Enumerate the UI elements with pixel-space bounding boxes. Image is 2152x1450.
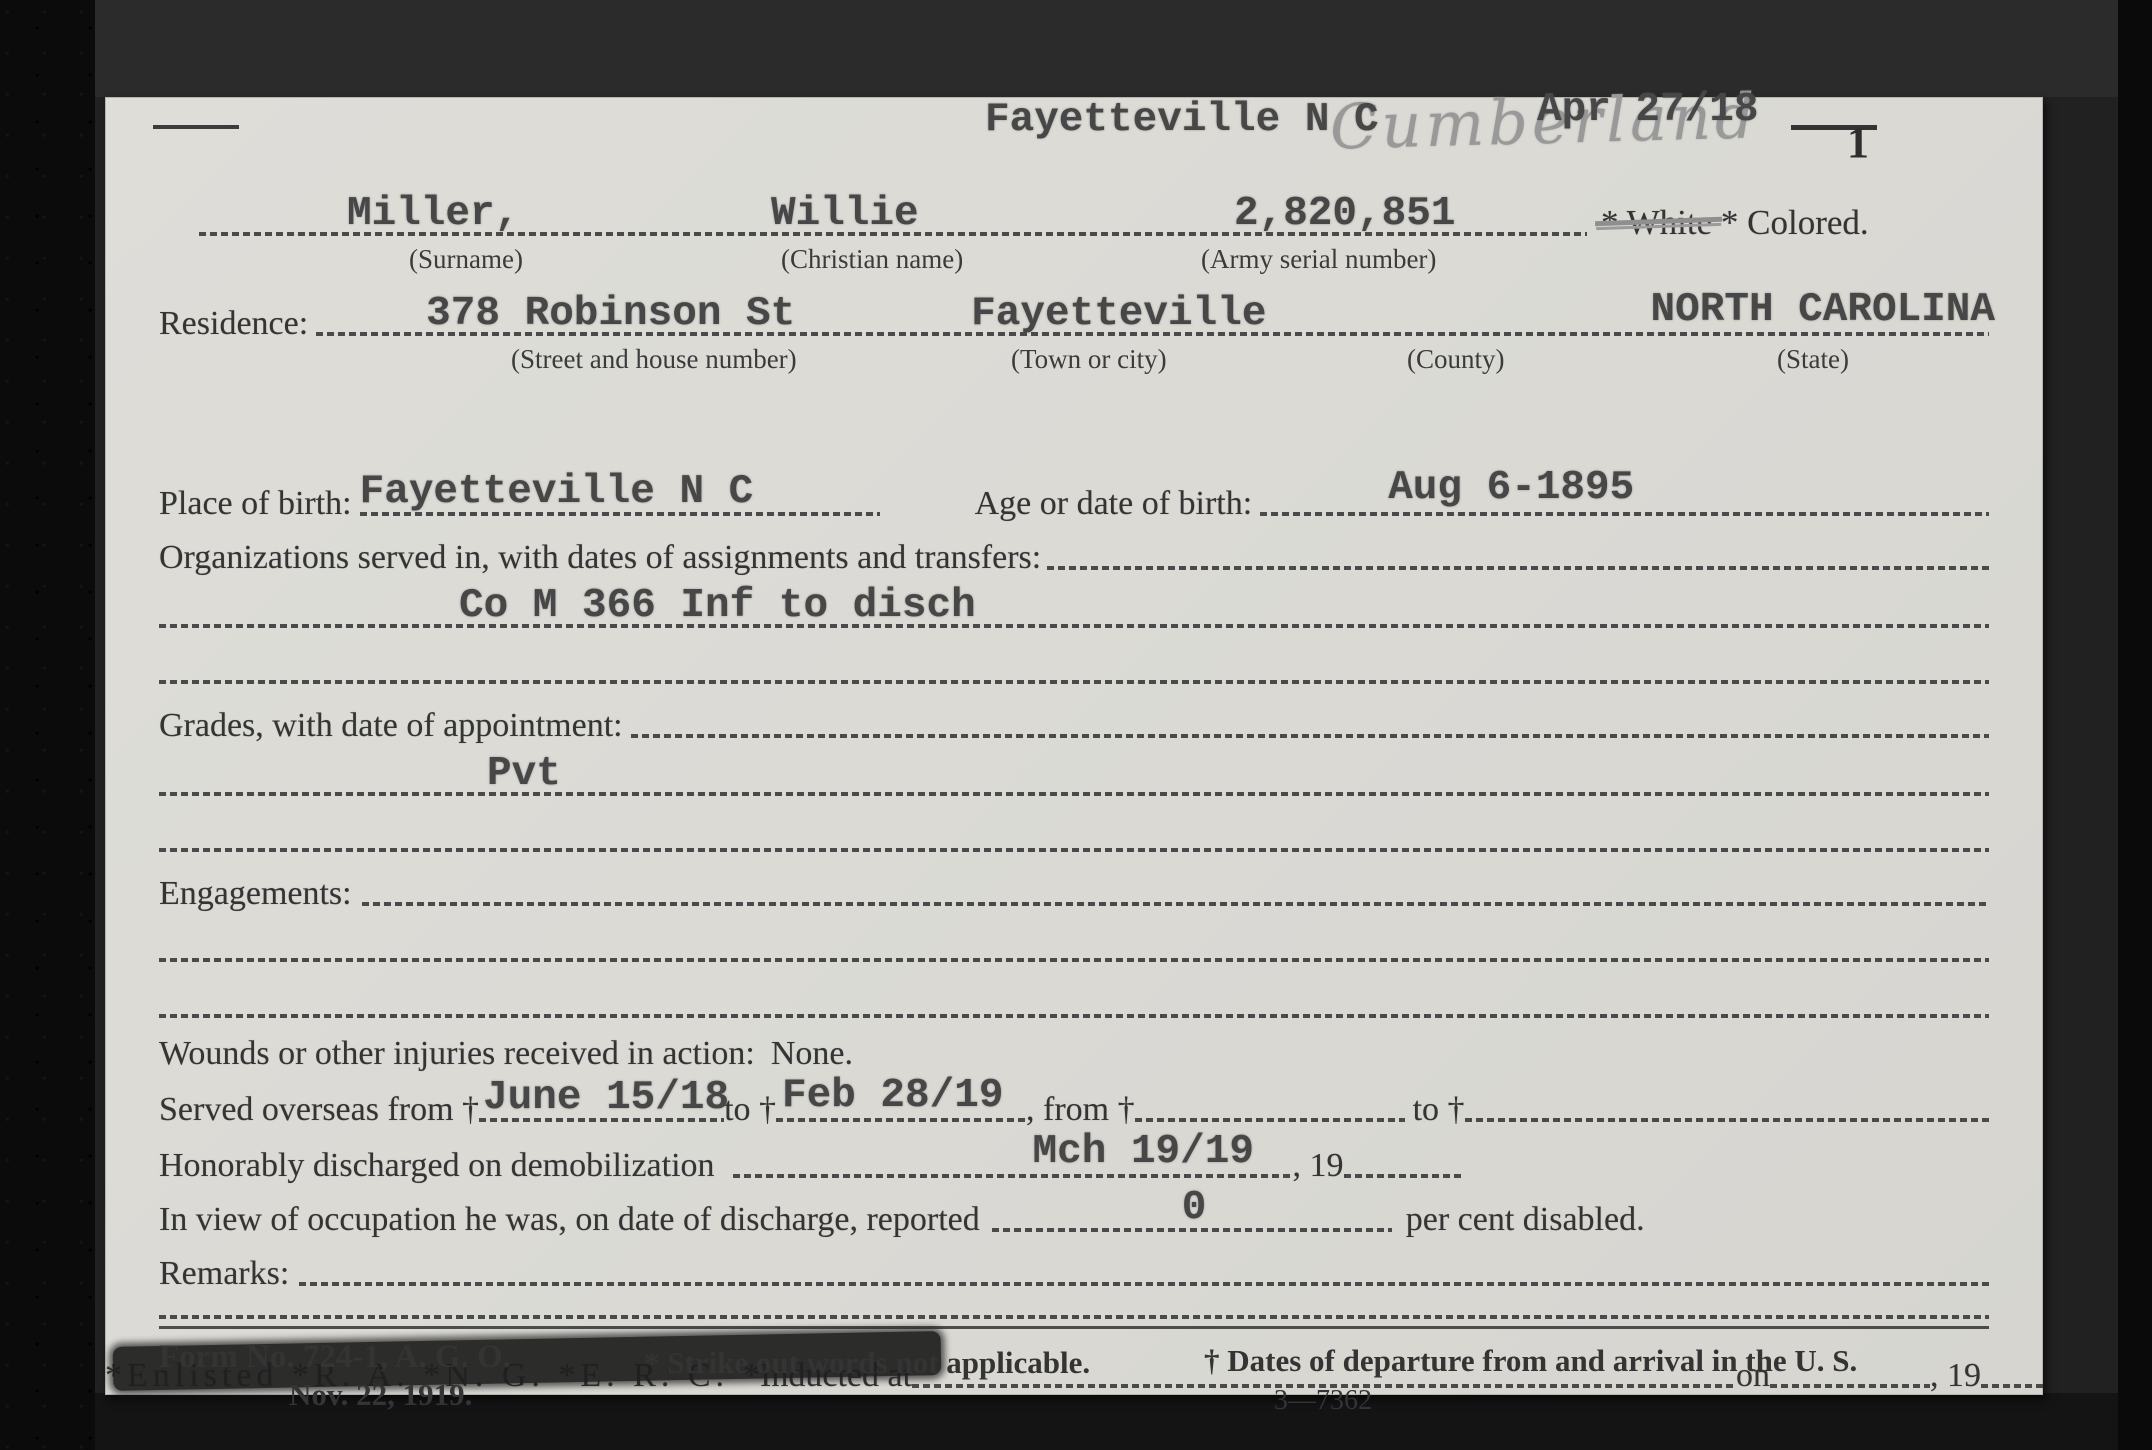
engagements-trailing-rule [362, 873, 1989, 913]
organizations-label: Organizations served in, with dates of a… [159, 539, 1041, 577]
discharge-year-label: , 19 [1293, 1147, 1344, 1185]
county-label: (County) [1407, 344, 1505, 375]
organizations-blank-line [159, 635, 1989, 691]
grades-blank-line [159, 803, 1989, 859]
wounds-label: Wounds or other injuries received in act… [159, 1035, 755, 1073]
grades-entry-line: Pvt [159, 745, 1989, 803]
disability-line: In view of occupation he was, on date of… [159, 1185, 1989, 1239]
disability-value: 0 [1182, 1185, 1207, 1231]
organizations-entry-rule: Co M 366 Inf to disch [159, 595, 1989, 635]
town-value: Fayetteville [971, 291, 1266, 337]
engagements-blank-rule-1 [159, 929, 1989, 969]
wounds-value: None. [771, 1035, 853, 1073]
overseas-from2-rule [1135, 1089, 1405, 1129]
street-label: (Street and house number) [511, 344, 797, 375]
grades-entry-rule: Pvt [159, 763, 1989, 803]
army-serial-number-value: 2,820,851 [1234, 191, 1455, 237]
disability-prefix: In view of occupation he was, on date of… [159, 1201, 980, 1239]
grades-label-line: Grades, with date of appointment: [159, 691, 1989, 745]
overseas-to1-label: to † [724, 1091, 776, 1129]
christian-name-value: Willie [771, 191, 919, 237]
corner-dash-mark [153, 125, 239, 129]
engagements-blank-line-1 [159, 913, 1989, 969]
engagements-blank-line-2 [159, 969, 1989, 1025]
state-label: (State) [1777, 344, 1849, 375]
overseas-prefix: Served overseas from † [159, 1091, 479, 1129]
residence-line: Residence: 378 Robinson St Fayetteville … [159, 277, 1989, 343]
inducted-date-value: Apr 27/18 [1537, 87, 1758, 133]
scanner-left-strip [0, 0, 95, 1450]
print-code: 3—7362 [1274, 1385, 1372, 1417]
inducted-place-value: Fayetteville N C [985, 97, 1379, 143]
overseas-to2-label: to † [1413, 1091, 1465, 1129]
scanner-right-strip [2118, 0, 2152, 1450]
disability-rule: 0 [992, 1199, 1392, 1239]
town-label: (Town or city) [1011, 344, 1167, 375]
overseas-to2-rule [1465, 1089, 1989, 1129]
name-line-labels: (Surname) (Christian name) (Army serial … [159, 243, 1989, 277]
form-date: Nov. 22, 1919. [289, 1377, 472, 1413]
inducted-year-rule [1981, 1355, 2043, 1395]
remarks-rule [299, 1253, 1989, 1293]
birth-place-value: Fayetteville N C [360, 469, 754, 515]
birthdate-value: Aug 6-1895 [1388, 465, 1634, 511]
state-value: NORTH CAROLINA [1651, 287, 1995, 333]
name-line-rule: Miller, Willie 2,820,851 [199, 203, 1587, 243]
remarks-label: Remarks: [159, 1255, 289, 1293]
remarks-line: Remarks: [159, 1239, 1989, 1293]
discharge-line: Honorably discharged on demobilization M… [159, 1129, 1989, 1185]
overseas-line: Served overseas from † June 15/18 to † F… [159, 1073, 1989, 1129]
wounds-line: Wounds or other injuries received in act… [159, 1025, 1989, 1073]
grades-label: Grades, with date of appointment: [159, 707, 623, 745]
christian-name-label: (Christian name) [781, 244, 963, 275]
induction-line: Fayetteville N C Apr 27/18 *Enlisted *R.… [159, 377, 1989, 465]
overseas-from1-value: June 15/18 [483, 1075, 729, 1121]
place-of-birth-label: Place of birth: [159, 485, 352, 523]
serial-number-label: (Army serial number) [1201, 244, 1436, 275]
grade-value: Pvt [487, 751, 561, 797]
grades-blank-rule [159, 819, 1989, 859]
engagements-label: Engagements: [159, 875, 352, 913]
surname-value: Miller, [347, 191, 519, 237]
closing-dotted-rule [159, 1315, 1989, 1319]
discharge-label: Honorably discharged on demobilization [159, 1147, 715, 1185]
organizations-trailing-rule [1047, 537, 1989, 577]
organizations-label-line: Organizations served in, with dates of a… [159, 523, 1989, 577]
page-number: 1 [1847, 117, 1869, 168]
street-value: 378 Robinson St [426, 291, 795, 337]
birth-line: Place of birth: Fayetteville N C Age or … [159, 465, 1989, 523]
organizations-entry-line: Co M 366 Inf to disch [159, 577, 1989, 635]
engagements-blank-rule-2 [159, 985, 1989, 1025]
name-line: Miller, Willie 2,820,851 * White * Color… [159, 169, 1989, 243]
birth-place-rule: Fayetteville N C [360, 483, 880, 523]
dagger-note: † Dates of departure from and arrival in… [1204, 1343, 1857, 1379]
service-record-card: Cumberland 1 Miller, Willie 2,820,851 * … [105, 97, 2043, 1395]
disability-suffix: per cent disabled. [1406, 1201, 1645, 1239]
grades-trailing-rule [631, 705, 1989, 745]
race-designation: * White * Colored. [1587, 203, 1869, 243]
discharge-date-rule: Mch 19/19 [733, 1145, 1293, 1185]
engagements-label-line: Engagements: [159, 859, 1989, 913]
overseas-to1-value: Feb 28/19 [782, 1073, 1003, 1119]
surname-label: (Surname) [409, 244, 523, 275]
residence-rule: 378 Robinson St Fayetteville NORTH CAROL… [316, 303, 1989, 343]
overseas-from2-label: , from † [1026, 1091, 1135, 1129]
overseas-to1-rule: Feb 28/19 [776, 1089, 1026, 1129]
overseas-from1-rule: June 15/18 [479, 1089, 724, 1129]
organizations-value: Co M 366 Inf to disch [459, 583, 976, 629]
closing-rules [159, 1315, 1989, 1329]
age-or-birthdate-label: Age or date of birth: [975, 485, 1253, 523]
organizations-blank-rule [159, 651, 1989, 691]
residence-label: Residence: [159, 305, 308, 343]
form-number: Form No. 724-1, A. G. O. [159, 1339, 511, 1376]
scanner-top-band [95, 0, 2152, 97]
age-rule: Aug 6-1895 [1260, 483, 1989, 523]
discharge-date-value: Mch 19/19 [1033, 1129, 1254, 1175]
race-white-struck: * White [1601, 203, 1712, 243]
discharge-year-rule [1344, 1145, 1464, 1185]
residence-line-labels: (Street and house number) (Town or city)… [159, 343, 1989, 377]
closing-solid-rule [159, 1326, 1989, 1329]
strike-out-note: * Strike out words not applicable. [644, 1345, 1090, 1381]
card-footer: Form No. 724-1, A. G. O. Nov. 22, 1919. … [159, 1337, 1989, 1429]
race-colored: * Colored. [1721, 203, 1869, 242]
